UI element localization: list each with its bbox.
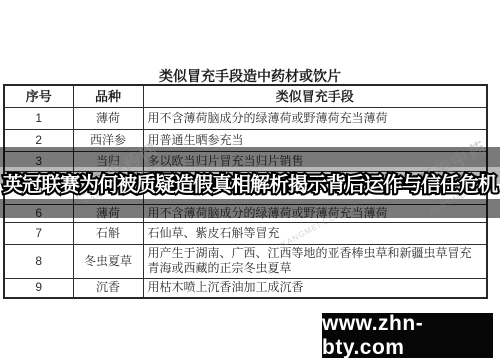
table-row: 7 石斛 石仙草、紫皮石斛等冒充 <box>4 222 487 244</box>
cell-method: 用产生于湖南、广西、江西等地的亚香棒虫草和新疆虫草冒充青海或西藏的正宗冬虫夏草 <box>143 244 487 278</box>
cell-row-number: 9 <box>4 278 73 298</box>
cell-variety: 沉香 <box>73 278 143 298</box>
table-row: 1 薄荷 用不含薄荷脑成分的绿薄荷或野薄荷充当薄荷 <box>4 107 487 129</box>
cell-row-number: 7 <box>4 222 73 244</box>
header-cell-method: 类似冒充手段 <box>143 85 487 107</box>
cell-method: 石仙草、紫皮石斛等冒充 <box>143 222 487 244</box>
overlay-headline: 英冠联赛为何被质疑造假真相解析揭示背后运作与信任危机 <box>0 171 500 200</box>
overlay-strip-top <box>0 147 500 167</box>
page-title: 类似冒充手段造中药材或饮片 <box>0 66 500 86</box>
header-cell-no: 序号 <box>4 85 73 107</box>
cell-variety: 冬虫夏草 <box>73 244 143 278</box>
site-url-badge: www.zhn-bty.com <box>322 313 493 358</box>
cell-method: 用枯木喷上沉香油加工成沉香 <box>143 278 487 298</box>
cell-method: 用不含薄荷脑成分的绿薄荷或野薄荷充当薄荷 <box>143 107 487 129</box>
overlay-strip-bottom <box>0 199 500 218</box>
cell-variety: 石斛 <box>73 222 143 244</box>
cell-variety: 薄荷 <box>73 107 143 129</box>
table-header-row: 序号 品种 类似冒充手段 <box>4 85 487 107</box>
cell-row-number: 1 <box>4 107 73 129</box>
cell-row-number: 8 <box>4 244 73 278</box>
table-row: 8 冬虫夏草 用产生于湖南、广西、江西等地的亚香棒虫草和新疆虫草冒充青海或西藏的… <box>4 244 487 278</box>
table-row: 9 沉香 用枯木喷上沉香油加工成沉香 <box>4 278 487 298</box>
header-cell-variety: 品种 <box>73 85 143 107</box>
